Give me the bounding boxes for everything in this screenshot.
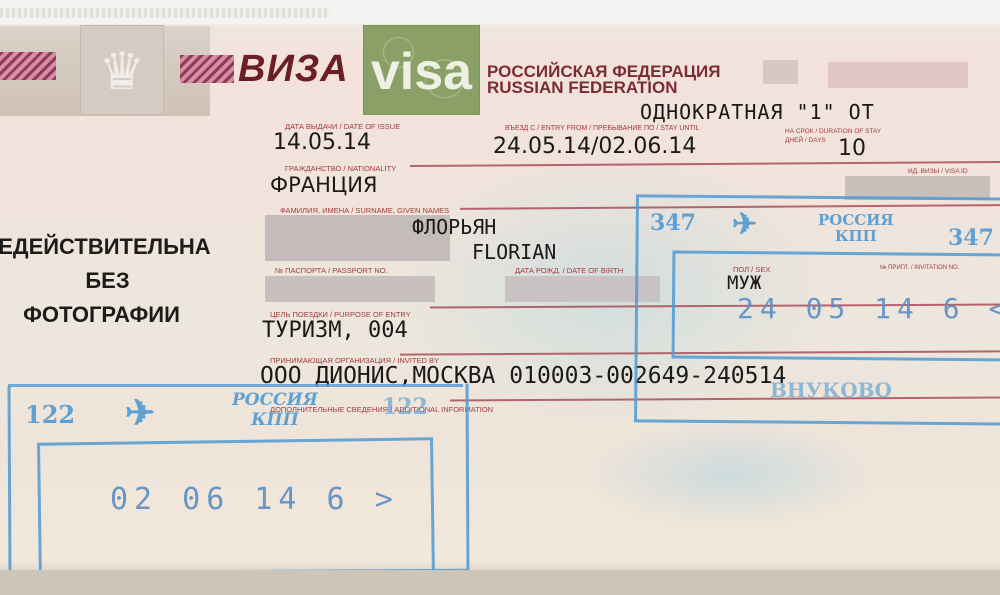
names-label: ФАМИЛИЯ, ИМЕНА / SURNAME, GIVEN NAMES	[280, 206, 449, 215]
entry-stamp-date: 24 05 14 6 <	[737, 292, 1000, 325]
exit-stamp-date: 02 06 14 6 >	[110, 482, 399, 517]
exit-stamp-code-right: 122	[382, 394, 428, 420]
nationality-value: ФРАНЦИЯ	[270, 173, 378, 197]
airplane-icon: ✈	[732, 207, 757, 242]
hologram-strip-left	[0, 52, 56, 80]
exit-stamp-top-border	[8, 384, 463, 387]
redacted-field	[763, 60, 798, 84]
double-headed-eagle-icon: ♛	[81, 32, 163, 112]
nationality-label: ГРАЖДАНСТВО / NATIONALITY	[285, 164, 396, 173]
entry-stay-value: 24.05.14/02.06.14	[493, 134, 696, 159]
visa-logo: visa	[363, 25, 480, 115]
purpose-value: ТУРИЗМ, 004	[262, 318, 408, 343]
redacted-field	[828, 62, 968, 88]
birth-date-label: ДАТА РОЖД. / DATE OF BIRTH	[515, 266, 623, 275]
entry-stay-label: ВЪЕЗД С / ENTRY FROM / ПРЕБЫВАНИЕ ПО / S…	[505, 125, 700, 132]
coat-of-arms: ♛	[80, 25, 164, 115]
invalid-without-photo-notice: НЕДЕЙСТВИТЕЛЬНА БЕЗ ФОТОГРАФИИ	[0, 230, 215, 332]
passport-redacted	[265, 276, 435, 302]
passport-label: № ПАСПОРТА / PASSPORT No.	[275, 266, 388, 275]
entry-stamp-airport: ВНУКОВО	[770, 378, 892, 402]
issuing-country: РОССИЙСКАЯ ФЕДЕРАЦИЯ RUSSIAN FEDERATION	[487, 64, 720, 96]
visa-id-label: ИД. ВИЗЫ / VISA ID	[908, 168, 968, 175]
date-of-issue-value: 14.05.14	[273, 130, 371, 155]
hologram-strip	[180, 55, 234, 83]
airplane-icon: ✈	[125, 392, 155, 434]
page-bottom-edge	[0, 570, 1000, 595]
days-label: ДНЕЙ / DAYS	[785, 137, 826, 144]
entry-stamp-code: 347	[650, 210, 696, 236]
exit-stamp-country: РОССИЯ КПП	[232, 390, 318, 430]
given-name-ru: ФЛОРЬЯН	[412, 215, 496, 239]
entry-stamp-country: РОССИЯ КПП	[818, 212, 894, 244]
duration-value: 10	[838, 136, 866, 161]
visa-document: ♛ ВИЗА visa РОССИЙСКАЯ ФЕДЕРАЦИЯ RUSSIAN…	[0, 0, 1000, 595]
visa-title-ru: ВИЗА	[238, 48, 349, 91]
duration-label: НА СРОК / DURATION OF STAY	[785, 128, 881, 135]
entry-stamp-code-right: 347	[948, 225, 994, 251]
watermark-emblem	[580, 420, 880, 530]
visa-type: ОДНОКРАТНАЯ "1" ОТ	[640, 100, 875, 124]
given-name-en: FLORIAN	[472, 240, 556, 264]
exit-stamp-code: 122	[25, 400, 75, 429]
passport-binding	[0, 8, 330, 18]
